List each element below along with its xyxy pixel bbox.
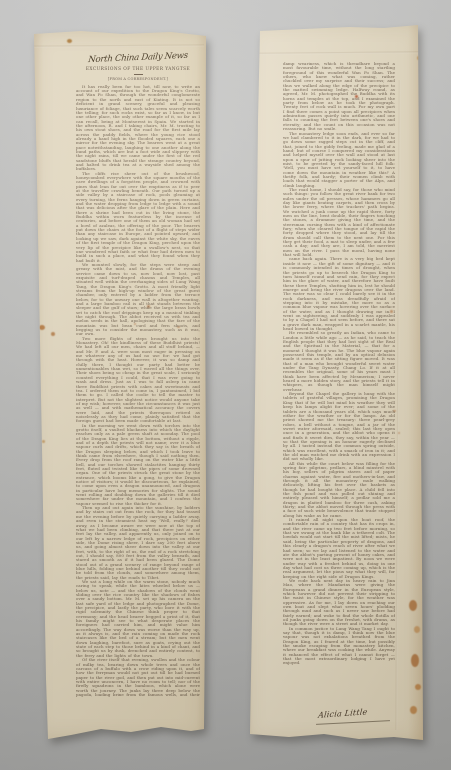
paragraph: The cliffs rise sheer out of the brushwo…: [76, 172, 200, 263]
paragraph: damp weariness, which is threadbare beyo…: [283, 62, 395, 132]
rust-stain: [411, 654, 419, 667]
article-text-column-right: damp weariness, which is threadbare beyo…: [283, 62, 395, 714]
fold-crease: [258, 51, 420, 54]
handwritten-masthead: North China Daily News: [76, 50, 201, 65]
signature-flourish: [316, 720, 390, 725]
paragraph: came back again. There is a very big bed…: [283, 257, 395, 331]
paragraph: Two more flights of steps brought us int…: [76, 337, 200, 424]
rust-stain: [39, 325, 45, 330]
byline: [FROM A CORRESPONDENT.]: [76, 77, 200, 82]
paragraph: We sat a long while on the warm stone, n…: [76, 580, 200, 658]
article-heading: Excursions of the Upper Yangtse: [76, 67, 200, 73]
rust-stain: [414, 626, 420, 633]
paragraph: In common justice to Lung Wang Tang I ou…: [283, 627, 395, 666]
paragraph: All this while the court below was filli…: [283, 462, 395, 518]
rust-stain: [409, 600, 417, 611]
rust-stain: [415, 684, 421, 690]
paragraph: He resembled so greatly an Indian, who c…: [283, 331, 395, 392]
article-text-column-left: It has really been far too hot, till now…: [76, 85, 200, 697]
paragraph: It rained all night upon the boat roof, …: [283, 518, 395, 579]
paragraph: We rode back next day in heavy rain to J…: [283, 579, 395, 627]
right-page-wrapper: damp weariness, which is threadbare beyo…: [244, 20, 426, 744]
rust-stain: [410, 706, 417, 714]
masthead-block: North China Daily News Excursions of the…: [76, 53, 200, 697]
photo-backdrop: North China Daily News Excursions of the…: [0, 0, 451, 770]
rust-stain: [34, 337, 38, 340]
fold-crease: [34, 44, 204, 47]
paragraph: In the morning we went down with torches…: [76, 424, 200, 507]
paragraph: Then up and out again into the sunshine,…: [76, 506, 200, 580]
foxing-spot: [35, 415, 38, 418]
paragraph: Beyond the Chapel the gallery is hung wi…: [283, 392, 395, 462]
paragraph: Of the river itself that evening, swolle…: [76, 658, 200, 697]
paragraph: It has really been far too hot, till now…: [76, 85, 200, 172]
rust-stain: [39, 657, 44, 661]
right-page: damp weariness, which is threadbare beyo…: [244, 20, 426, 744]
paragraph: We mounted slowly, for the steps were st…: [76, 263, 200, 337]
paragraph: The monastery ledge soon ends, and ever …: [283, 132, 395, 188]
foxing-spot: [42, 440, 45, 443]
rust-stain: [51, 332, 55, 336]
rust-stain: [67, 39, 72, 43]
left-page: North China Daily News Excursions of the…: [31, 29, 207, 741]
foxing-spot: [417, 56, 420, 60]
ornament-rule: [134, 74, 143, 75]
fold-crease-vertical: [395, 80, 400, 730]
foxing-spot: [398, 432, 400, 434]
paragraph: The road home, I should say, for those w…: [283, 188, 395, 258]
left-page-wrapper: North China Daily News Excursions of the…: [31, 29, 207, 741]
